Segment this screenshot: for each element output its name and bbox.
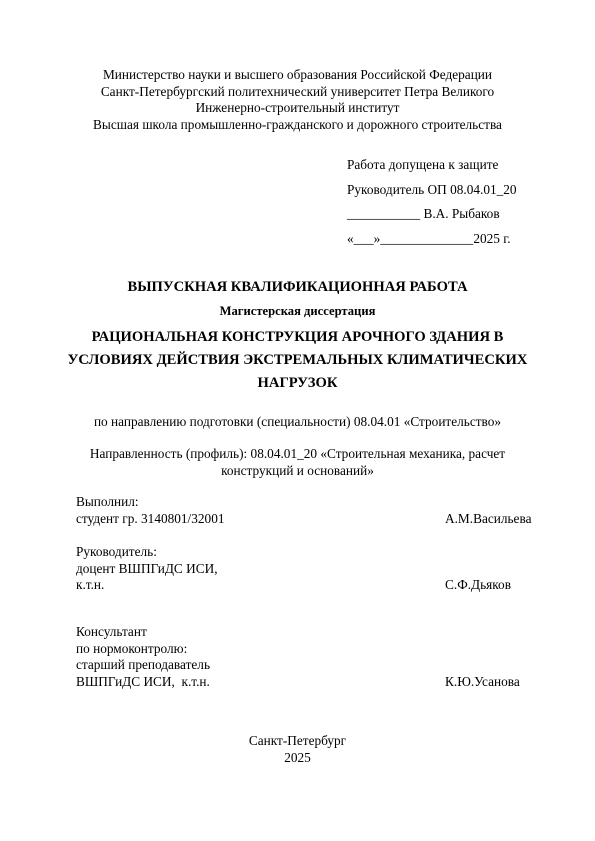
student-signature-label: Выполнил: студент гр. 3140801/32001	[76, 494, 225, 527]
study-profile-line: Направленность (профиль): 08.04.01_20 «С…	[0, 446, 595, 463]
consultant-affiliation: ВШПГиДС ИСИ, к.т.н.	[76, 674, 210, 691]
institute-line: Инженерно-строительный институт	[0, 100, 595, 117]
thesis-title-line: РАЦИОНАЛЬНАЯ КОНСТРУКЦИЯ АРОЧНОГО ЗДАНИЯ…	[0, 326, 595, 349]
school-line: Высшая школа промышленно-гражданского и …	[0, 117, 595, 134]
supervisor-position: доцент ВШПГиДС ИСИ,	[76, 561, 218, 578]
consultant-position: старший преподаватель	[76, 657, 210, 674]
study-direction: по направлению подготовки (специальности…	[0, 414, 595, 430]
approval-signature-line: ___________ В.А. Рыбаков	[347, 204, 517, 229]
thesis-title-line: НАГРУЗОК	[0, 372, 595, 395]
approval-block: Работа допущена к защите Руководитель ОП…	[347, 155, 517, 253]
study-profile: Направленность (профиль): 08.04.01_20 «С…	[0, 446, 595, 479]
supervisor-signature-label: Руководитель: доцент ВШПГиДС ИСИ, к.т.н.	[76, 544, 218, 594]
consultant-name: К.Ю.Усанова	[445, 674, 520, 690]
approval-status: Работа допущена к защите	[347, 155, 517, 180]
approval-date-line: «___»______________2025 г.	[347, 229, 517, 254]
supervisor-role: Руководитель:	[76, 544, 218, 561]
university-line: Санкт-Петербургский политехнический унив…	[0, 84, 595, 101]
study-profile-line: конструкций и оснований»	[0, 463, 595, 480]
supervisor-degree: к.т.н.	[76, 577, 218, 594]
consultant-role: Консультант	[76, 624, 210, 641]
ministry-line: Министерство науки и высшего образования…	[0, 67, 595, 84]
footer-city: Санкт-Петербург	[0, 733, 595, 750]
thesis-title-line: УСЛОВИЯХ ДЕЙСТВИЯ ЭКСТРЕМАЛЬНЫХ КЛИМАТИЧ…	[0, 349, 595, 372]
approval-supervisor-title: Руководитель ОП 08.04.01_20	[347, 180, 517, 205]
thesis-title: РАЦИОНАЛЬНАЯ КОНСТРУКЦИЯ АРОЧНОГО ЗДАНИЯ…	[0, 326, 595, 395]
degree-subheading: Магистерская диссертация	[0, 304, 595, 319]
student-role: Выполнил:	[76, 494, 225, 511]
consultant-area: по нормоконтролю:	[76, 641, 210, 658]
student-name: А.М.Васильева	[445, 511, 531, 527]
footer: Санкт-Петербург 2025	[0, 733, 595, 766]
student-group: студент гр. 3140801/32001	[76, 511, 225, 528]
supervisor-name: С.Ф.Дьяков	[445, 577, 511, 593]
work-type-heading: ВЫПУСКНАЯ КВАЛИФИКАЦИОННАЯ РАБОТА	[0, 279, 595, 296]
consultant-signature-label: Консультант по нормоконтролю: старший пр…	[76, 624, 210, 690]
footer-year: 2025	[0, 750, 595, 767]
institution-header: Министерство науки и высшего образования…	[0, 67, 595, 133]
